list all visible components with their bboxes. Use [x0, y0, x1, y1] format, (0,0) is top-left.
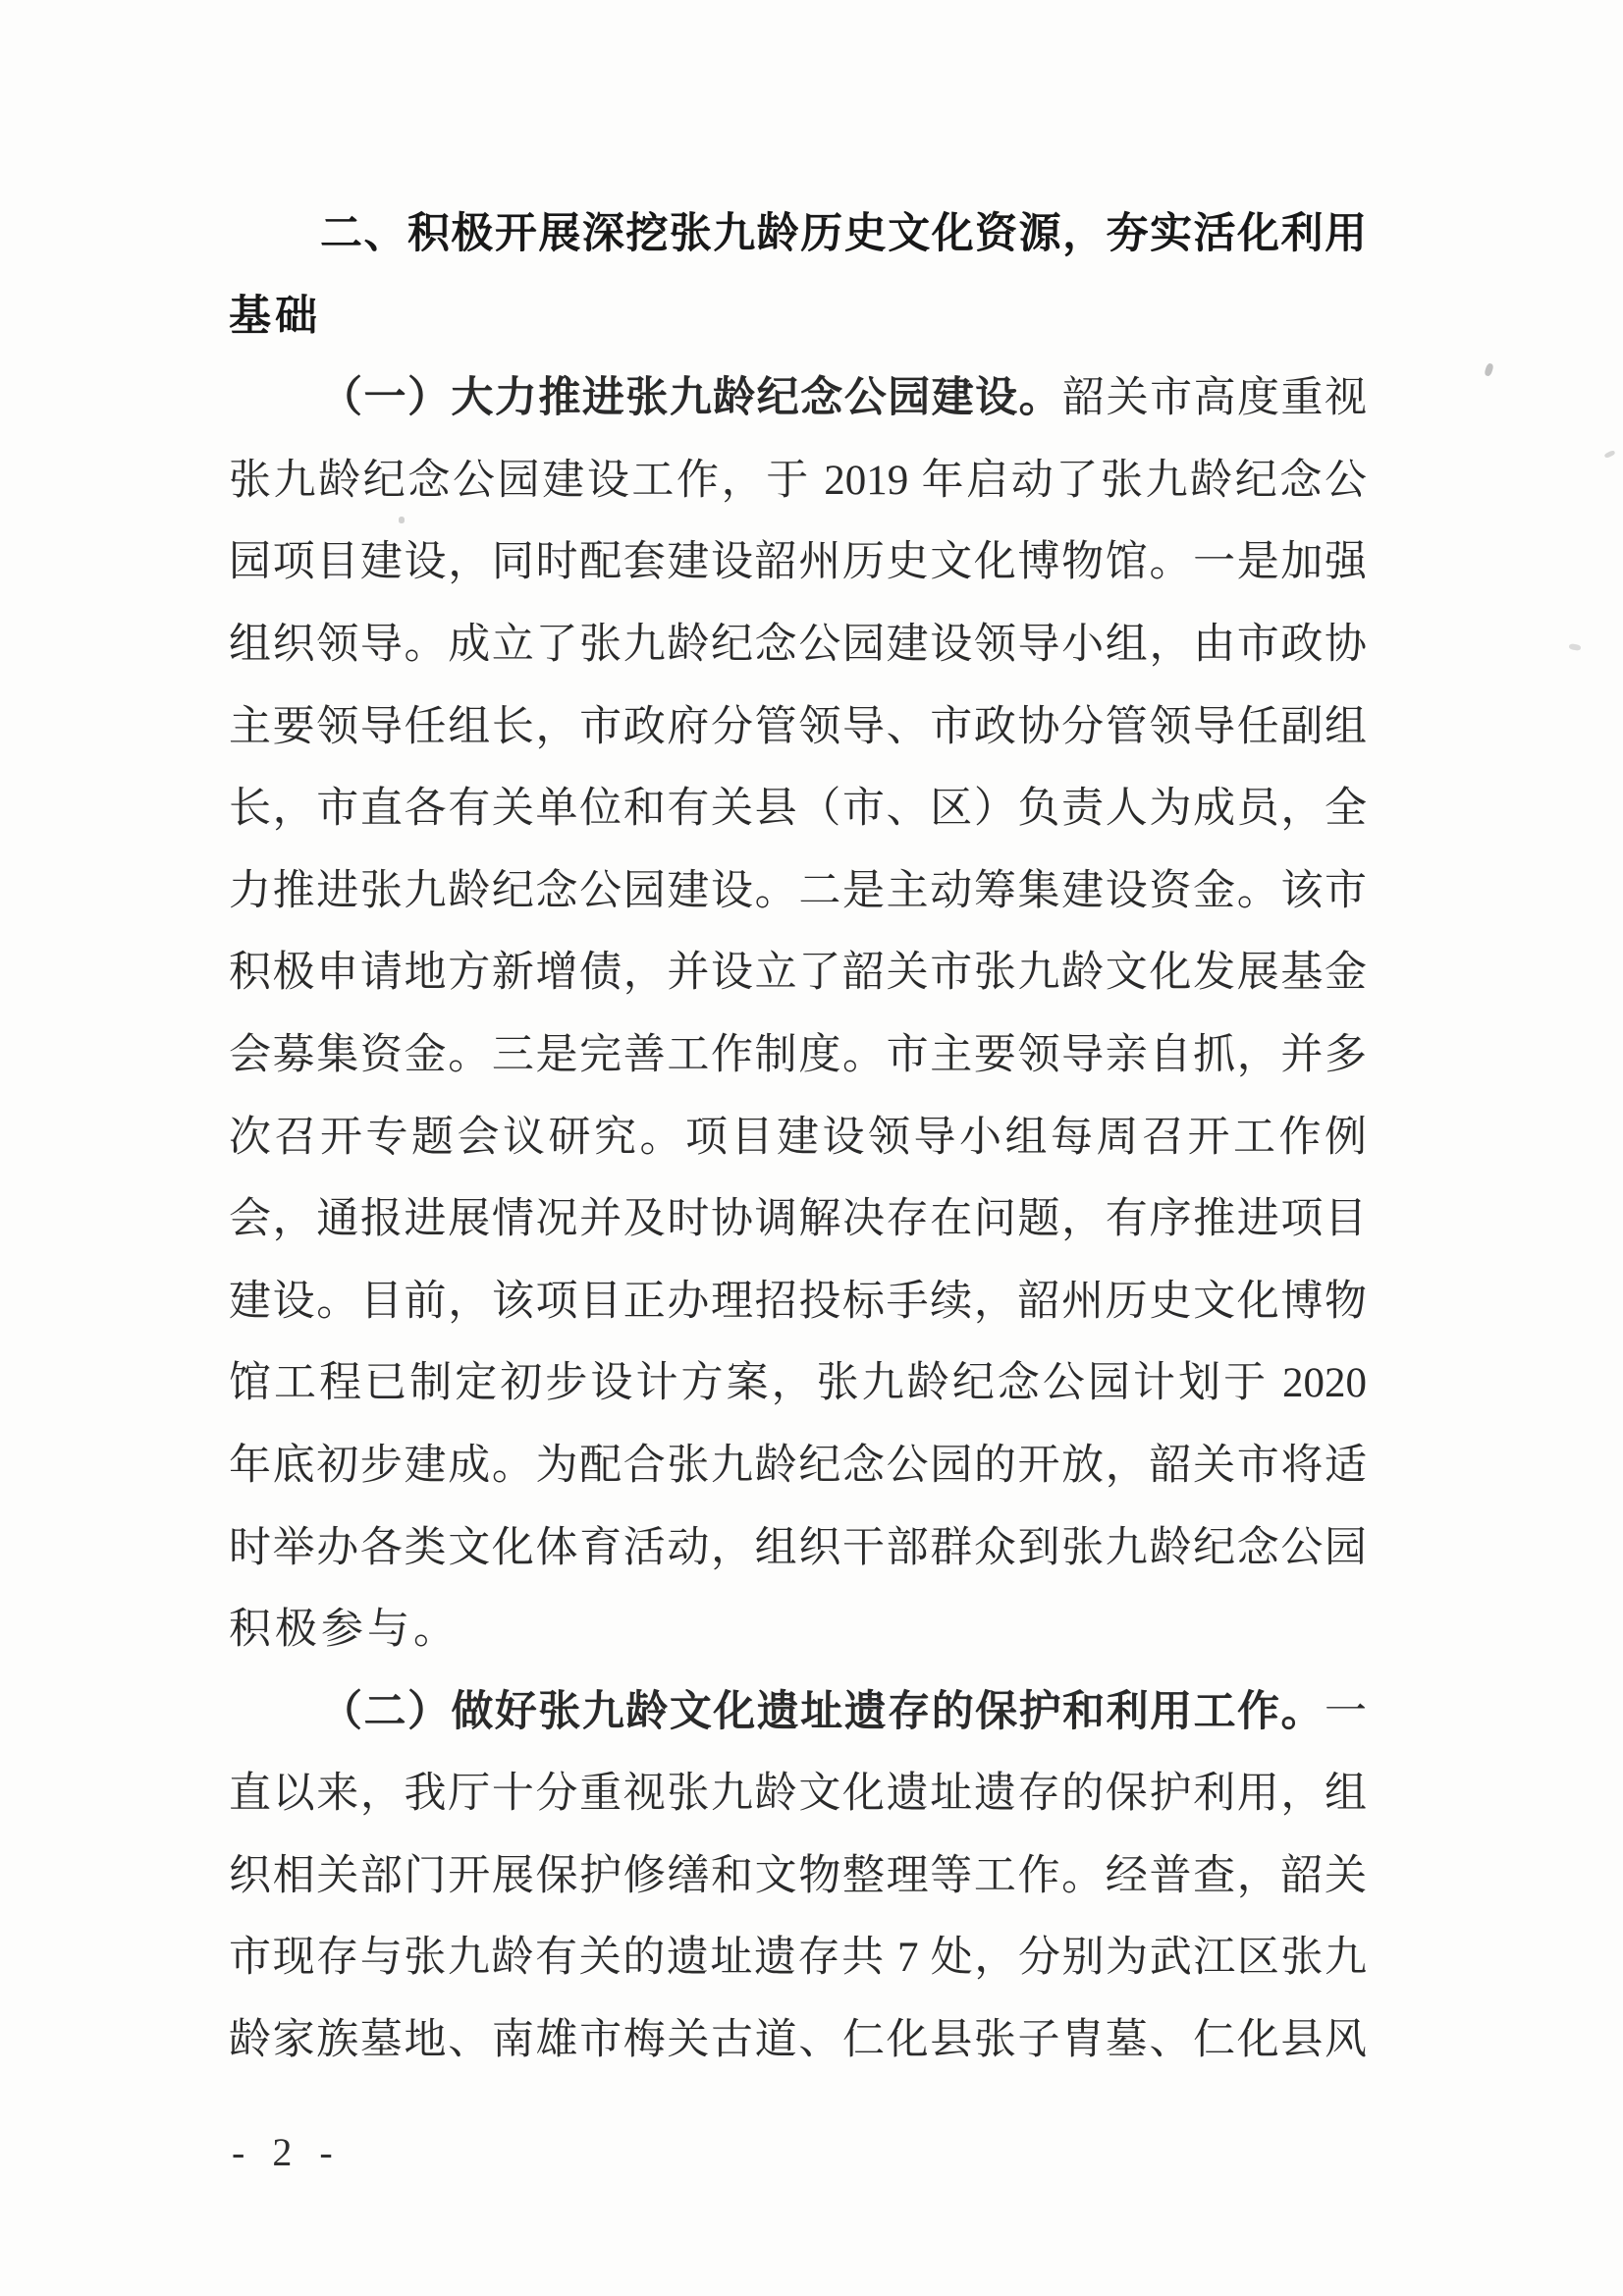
scan-speck: [1569, 643, 1582, 651]
scanned-document-page: 二、积极开展深挖张九龄历史文化资源，夯实活化利用基础（一）大力推进张九龄纪念公园…: [0, 0, 1623, 2296]
text-run: 主要领导任组长，市政府分管领导、市政协分管领导任副组: [229, 704, 1367, 750]
text-run: 一: [1325, 1689, 1367, 1735]
text-run: 直以来，我厅十分重视张九龄文化遗址遗存的保护利用，组: [229, 1771, 1367, 1817]
text-run: 力推进张九龄纪念公园建设。二是主动筹集建设资金。该市: [229, 868, 1367, 914]
text-run: 建设。目前，该项目正办理招投标手续，韶州历史文化博物: [229, 1279, 1367, 1325]
text-line: 建设。目前，该项目正办理招投标手续，韶州历史文化博物: [229, 1261, 1367, 1343]
text-line: 次召开专题会议研究。项目建设领导小组每周召开工作例: [229, 1097, 1367, 1179]
text-line: 会募集资金。三是完善工作制度。市主要领导亲自抓，并多: [229, 1014, 1367, 1097]
text-run: （二）做好张九龄文化遗址遗存的保护和利用工作。: [320, 1689, 1325, 1735]
text-line: （一）大力推进张九龄纪念公园建设。韶关市高度重视: [229, 357, 1367, 440]
text-line: 积极参与。: [229, 1589, 1367, 1671]
text-run: 次召开专题会议研究。项目建设领导小组每周召开工作例: [229, 1115, 1367, 1161]
text-line: 力推进张九龄纪念公园建设。二是主动筹集建设资金。该市: [229, 850, 1367, 933]
text-line: 龄家族墓地、南雄市梅关古道、仁化县张子胄墓、仁化县风: [229, 1999, 1367, 2082]
text-run: 馆工程已制定初步设计方案，张九龄纪念公园计划于 2020: [229, 1360, 1367, 1406]
text-run: 韶关市高度重视: [1062, 375, 1367, 421]
text-run: 市现存与张九龄有关的遗址遗存共 7 处，分别为武江区张九: [229, 1935, 1367, 1981]
scan-speck: [1484, 362, 1494, 377]
text-line: 市现存与张九龄有关的遗址遗存共 7 处，分别为武江区张九: [229, 1917, 1367, 1999]
text-run: 二、积极开展深挖张九龄历史文化资源，夯实活化利用: [320, 210, 1367, 257]
text-run: 会募集资金。三是完善工作制度。市主要领导亲自抓，并多: [229, 1032, 1367, 1078]
text-line: 会，通报进展情况并及时协调解决存在问题，有序推进项目: [229, 1178, 1367, 1261]
text-line: 二、积极开展深挖张九龄历史文化资源，夯实活化利用: [229, 193, 1367, 276]
text-run: （一）大力推进张九龄纪念公园建设。: [320, 375, 1062, 421]
text-line: 园项目建设，同时配套建设韶州历史文化博物馆。一是加强: [229, 521, 1367, 604]
text-run: 时举办各类文化体育活动，组织干部群众到张九龄纪念公园: [229, 1525, 1367, 1571]
text-run: 园项目建设，同时配套建设韶州历史文化博物馆。一是加强: [229, 539, 1367, 585]
page-number: - 2 -: [232, 2131, 342, 2174]
text-line: 年底初步建成。为配合张九龄纪念公园的开放，韶关市将适: [229, 1425, 1367, 1507]
text-line: 张九龄纪念公园建设工作，于 2019 年启动了张九龄纪念公: [229, 440, 1367, 522]
text-run: 积极参与。: [229, 1607, 460, 1653]
text-line: 织相关部门开展保护修缮和文物整理等工作。经普查，韶关: [229, 1835, 1367, 1918]
text-line: 直以来，我厅十分重视张九龄文化遗址遗存的保护利用，组: [229, 1753, 1367, 1835]
text-line: （二）做好张九龄文化遗址遗存的保护和利用工作。一: [229, 1671, 1367, 1754]
text-line: 组织领导。成立了张九龄纪念公园建设领导小组，由市政协: [229, 604, 1367, 686]
text-run: 张九龄纪念公园建设工作，于 2019 年启动了张九龄纪念公: [229, 458, 1367, 504]
text-run: 织相关部门开展保护修缮和文物整理等工作。经普查，韶关: [229, 1853, 1367, 1899]
text-run: 年底初步建成。为配合张九龄纪念公园的开放，韶关市将适: [229, 1443, 1367, 1489]
text-run: 积极申请地方新增债，并设立了韶关市张九龄文化发展基金: [229, 950, 1367, 996]
document-body: 二、积极开展深挖张九龄历史文化资源，夯实活化利用基础（一）大力推进张九龄纪念公园…: [229, 193, 1367, 2082]
text-line: 馆工程已制定初步设计方案，张九龄纪念公园计划于 2020: [229, 1342, 1367, 1425]
text-run: 组织领导。成立了张九龄纪念公园建设领导小组，由市政协: [229, 622, 1367, 668]
text-line: 基础: [229, 276, 1367, 358]
text-line: 时举办各类文化体育活动，组织干部群众到张九龄纪念公园: [229, 1507, 1367, 1590]
text-line: 主要领导任组长，市政府分管领导、市政协分管领导任副组: [229, 686, 1367, 769]
scan-speck: [1603, 450, 1615, 459]
text-line: 长，市直各有关单位和有关县（市、区）负责人为成员，全: [229, 768, 1367, 850]
text-run: 会，通报进展情况并及时协调解决存在问题，有序推进项目: [229, 1196, 1367, 1242]
text-line: 积极申请地方新增债，并设立了韶关市张九龄文化发展基金: [229, 932, 1367, 1014]
text-run: 长，市直各有关单位和有关县（市、区）负责人为成员，全: [229, 786, 1367, 832]
text-run: 基础: [229, 293, 321, 340]
text-run: 龄家族墓地、南雄市梅关古道、仁化县张子胄墓、仁化县风: [229, 2017, 1367, 2063]
scan-speck: [399, 517, 405, 523]
